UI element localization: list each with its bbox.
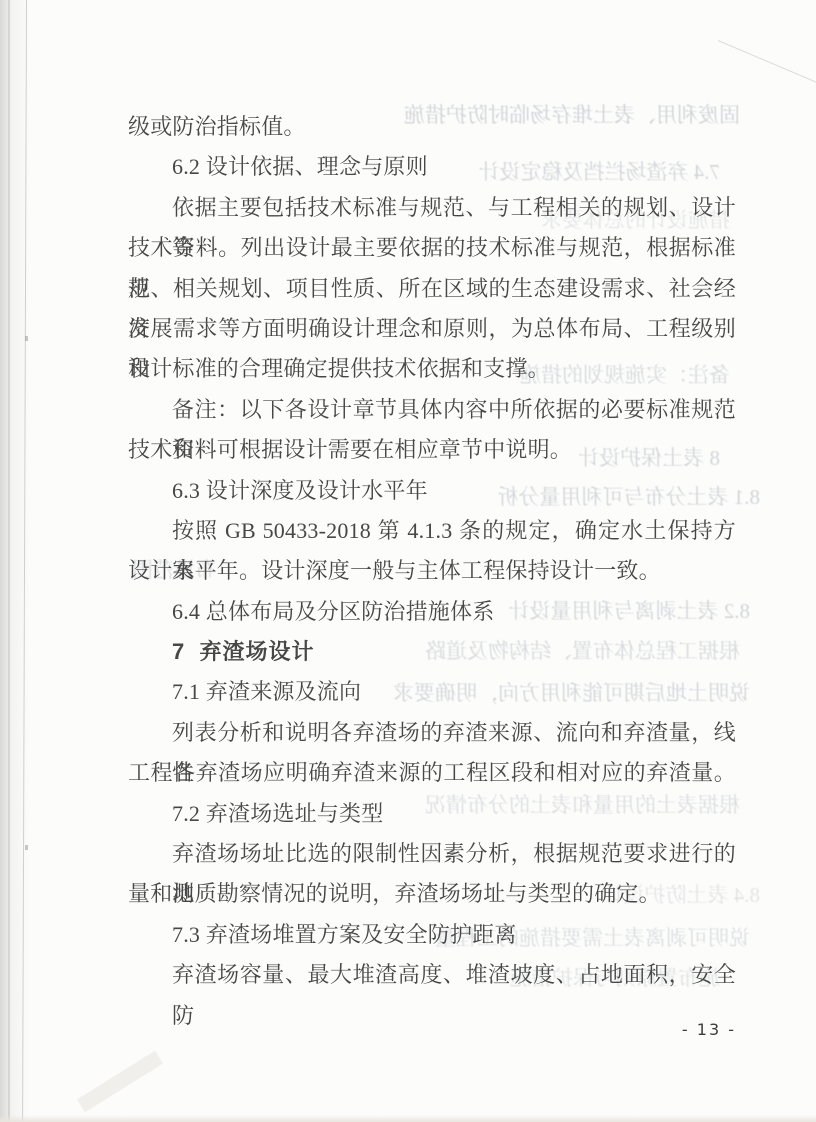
corner-fold-crease bbox=[718, 40, 816, 90]
document-text-block: 级或防治指标值。6.2 设计依据、理念与原则依据主要包括技术标准与规范、与工程相… bbox=[128, 107, 736, 996]
text-line: 量和地质勘察情况的说明，弃渣场场址与类型的确定。 bbox=[128, 874, 736, 914]
section-heading: 7.3 弃渣场堆置方案及安全防护距离 bbox=[128, 915, 736, 955]
scan-artifact bbox=[77, 1051, 163, 1112]
text-line: 工程各弃渣场应明确弃渣来源的工程区段和相对应的弃渣量。 bbox=[128, 753, 736, 793]
scan-artifact bbox=[25, 336, 28, 341]
text-line: 依据主要包括技术标准与规范、与工程相关的规划、设计等 bbox=[128, 188, 736, 228]
text-line: 技术资料。列出设计最主要依据的技术标准与规范，根据标准规 bbox=[128, 228, 736, 268]
scan-bottom-shadow bbox=[0, 1115, 816, 1122]
text-line: 级或防治指标值。 bbox=[128, 107, 736, 147]
text-line: 发展需求等方面明确设计理念和原则，为总体布局、工程级别和 bbox=[128, 309, 736, 349]
text-line: 按照 GB 50433-2018 第 4.1.3 条的规定，确定水土保持方案 bbox=[128, 511, 736, 551]
text-line: 弃渣场容量、最大堆渣高度、堆渣坡度、占地面积，安全防 bbox=[128, 955, 736, 995]
section-heading: 6.2 设计依据、理念与原则 bbox=[128, 147, 736, 187]
scan-artifact bbox=[25, 845, 28, 850]
section-heading: 6.4 总体布局及分区防治措施体系 bbox=[128, 592, 736, 632]
chapter-heading: 7 弃渣场设计 bbox=[128, 632, 736, 672]
text-line: 范、相关规划、项目性质、所在区域的生态建设需求、社会经济 bbox=[128, 269, 736, 309]
text-line: 列表分析和说明各弃渣场的弃渣来源、流向和弃渣量，线性 bbox=[128, 713, 736, 753]
text-line: 弃渣场场址比选的限制性因素分析，根据规范要求进行的测 bbox=[128, 834, 736, 874]
page-number: - 13 - bbox=[640, 1020, 736, 1039]
text-line: 技术资料可根据设计需要在相应章节中说明。 bbox=[128, 430, 736, 470]
scanned-page: 固废利用、表土堆存场临时防护措施7.4 弃渣场拦挡及稳定设计措施设计的总体要求备… bbox=[0, 0, 816, 1122]
section-heading: 6.3 设计深度及设计水平年 bbox=[128, 471, 736, 511]
section-heading: 7.2 弃渣场选址与类型 bbox=[128, 794, 736, 834]
text-line: 设计标准的合理确定提供技术依据和支撑。 bbox=[128, 349, 736, 389]
section-heading: 7.1 弃渣来源及流向 bbox=[128, 672, 736, 712]
scan-edge-fade bbox=[10, 0, 30, 1122]
text-line: 备注：以下各设计章节具体内容中所依据的必要标准规范和 bbox=[128, 390, 736, 430]
scan-edge-band bbox=[0, 0, 8, 1122]
text-line: 设计水平年。设计深度一般与主体工程保持设计一致。 bbox=[128, 551, 736, 591]
